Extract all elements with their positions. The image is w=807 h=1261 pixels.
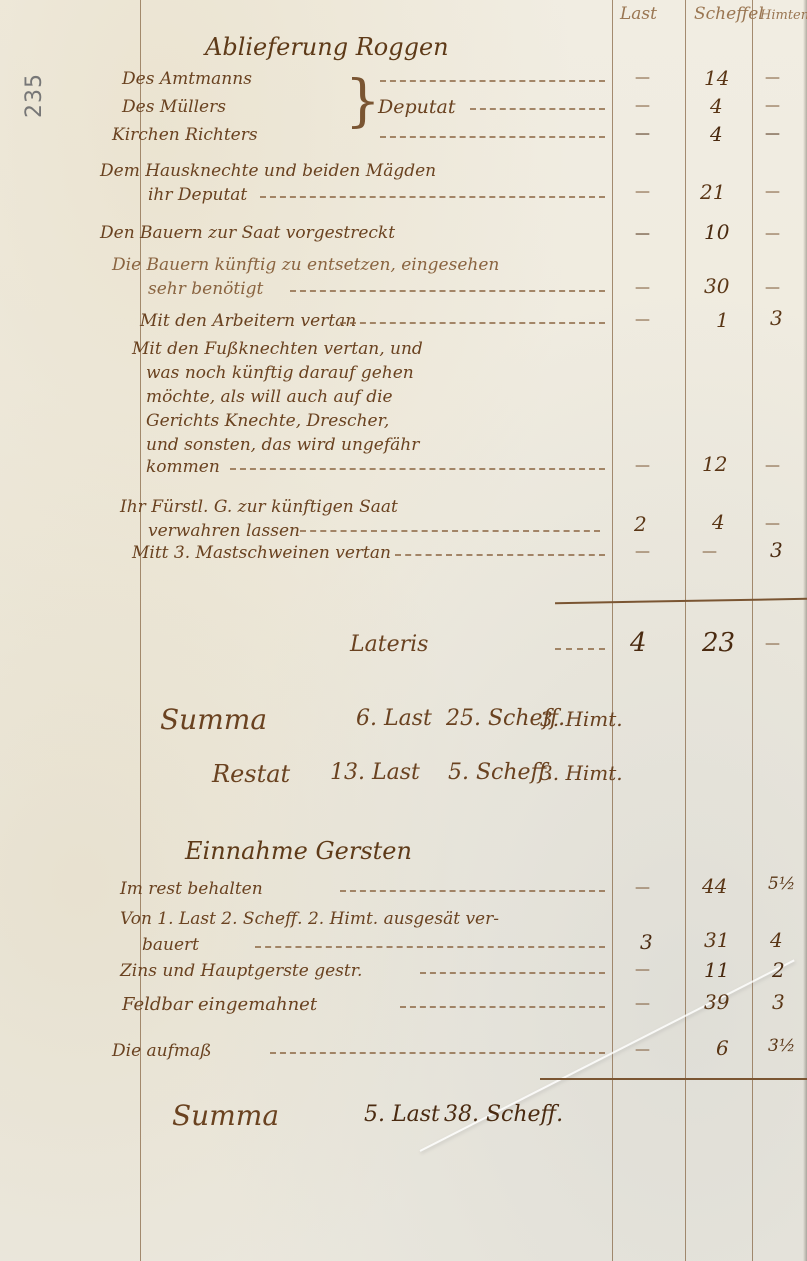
entry-text: Die aufmaß [112,1040,212,1062]
last-value: — [635,456,650,474]
leader-dash [400,1006,605,1008]
entry-text: Mit den Fußknechten vertan, und [132,338,423,360]
entry-text-continued: ihr Deputat [148,184,247,206]
himten-value: 3½ [768,1036,795,1056]
himten-value: 3 [770,306,783,330]
entry-text: Des Müllers [122,96,226,118]
entry-text-continued: Gerichts Knechte, Drescher, [146,410,389,432]
total-rule [540,1078,807,1080]
column-header-himten: Himten [760,8,807,23]
last-value: — [635,224,650,242]
himten-value: 2 [772,958,785,982]
leader-dash [230,468,605,470]
last-value: 2 [634,512,647,536]
himten-value: 3 [770,538,783,562]
scheffel-value: 44 [702,874,727,898]
scheffel-value: 31 [704,928,729,952]
scheffel-value: 4 [710,94,723,118]
page-edge-shadow [803,0,807,1261]
leader-dash [290,290,605,292]
entry-text-continued: verwahren lassen [148,520,300,542]
leader-dash [340,322,605,324]
scheffel-value: 11 [704,958,729,982]
entry-text-continued: möchte, als will auch auf die [146,386,393,408]
scheffel-value: 30 [704,274,729,298]
last-value: — [635,994,650,1012]
entry-text-continued: sehr benötigt [148,278,263,300]
scheffel-value: 12 [702,452,727,476]
himten-value: — [765,124,780,142]
leader-dash [380,80,605,82]
column-rule-himten-left [752,0,753,1261]
last-value: — [635,96,650,114]
summa-last: 6. Last [356,708,432,730]
restat-scheffel: 5. Scheff. [448,762,553,784]
column-header-last: Last [620,4,657,24]
last-value: — [635,310,650,328]
last-value: — [635,68,650,86]
scheffel-value: 10 [704,220,729,244]
folio-number: 235 [22,73,47,118]
himten-value: — [765,224,780,242]
summa-label: Summa [172,1100,279,1132]
last-value: — [635,278,650,296]
summa-scheffel: 38. Scheff. [444,1104,563,1126]
subtotal-scheffel: 23 [702,628,735,658]
column-header-scheffel: Scheffel [694,4,764,24]
leader-dash [555,648,605,650]
subtotal-himten: — [765,634,780,652]
himten-value: — [765,68,780,86]
left-margin-rule [140,0,141,1261]
leader-dash [420,972,605,974]
scheffel-value: 14 [704,66,729,90]
scheffel-value: 1 [716,308,729,332]
leader-dash [260,196,605,198]
subtotal-rule [555,598,807,604]
leader-dash [300,530,600,532]
scheffel-value: 21 [700,180,725,204]
restat-label: Restat [212,760,290,788]
section-heading-gersten: Einnahme Gersten [185,840,412,862]
himten-value: — [765,96,780,114]
leader-dash [395,554,605,556]
entry-text: Von 1. Last 2. Scheff. 2. Himt. ausgesät… [120,908,499,930]
entry-text: Im rest behalten [120,878,263,900]
entry-text: Die Bauern künftig zu entsetzen, eingese… [112,254,499,276]
entry-text: Mitt 3. Mastschweinen vertan [132,542,391,564]
last-value: — [635,542,650,560]
last-value: — [635,124,650,142]
entry-text-continued: bauert [142,934,199,956]
himten-value: — [765,456,780,474]
entry-text: Des Amtmanns [122,68,252,90]
last-value: — [635,878,650,896]
last-value: — [635,960,650,978]
entry-text: Den Bauern zur Saat vorgestreckt [100,222,395,244]
himten-value: 5½ [768,874,795,894]
manuscript-page: 235 Last Scheffel Himten Ablieferung Rog… [0,0,807,1261]
scheffel-value: 6 [716,1036,729,1060]
bracket-label-deputat: Deputat [378,96,455,118]
leader-dash [340,890,605,892]
last-value: — [635,1040,650,1058]
entry-text: Kirchen Richters [112,124,258,146]
restat-last: 13. Last [330,762,420,784]
himten-value: 3 [772,990,785,1014]
entry-text-continued: was noch künftig darauf gehen [146,362,414,384]
bracket-symbol: } [345,72,381,132]
leader-dash [470,108,605,110]
summa-label: Summa [160,704,267,736]
scheffel-value: 39 [704,990,729,1014]
subtotal-last: 4 [630,628,647,658]
entry-text: Mit den Arbeitern vertan [140,310,356,332]
himten-value: 4 [770,928,783,952]
summa-last: 5. Last [364,1104,440,1126]
section-heading-roggen: Ablieferung Roggen [205,36,449,58]
restat-himten: 3. Himt. [540,762,623,784]
entry-text: Ihr Fürstl. G. zur künftigen Saat [120,496,398,518]
entry-text: Dem Hausknechte und beiden Mägden [100,160,436,182]
himten-value: — [765,182,780,200]
entry-text: Feldbar eingemahnet [122,994,317,1016]
entry-text: Zins und Hauptgerste gestr. [120,960,362,982]
leader-dash [380,136,605,138]
leader-dash [270,1052,605,1054]
scheffel-value: 4 [712,510,725,534]
leader-dash [255,946,605,948]
last-value: 3 [640,930,653,954]
entry-text-continued: und sonsten, das wird ungefähr [146,434,419,456]
last-value: — [635,182,650,200]
summa-himten: 3. Himt. [540,708,623,730]
scheffel-value: — [702,542,717,560]
subtotal-label-lateris: Lateris [350,634,428,656]
entry-text-continued: kommen [146,456,220,478]
column-rule-last-left [612,0,613,1261]
himten-value: — [765,278,780,296]
scheffel-value: 4 [710,122,723,146]
himten-value: — [765,514,780,532]
column-rule-scheffel-left [685,0,686,1261]
